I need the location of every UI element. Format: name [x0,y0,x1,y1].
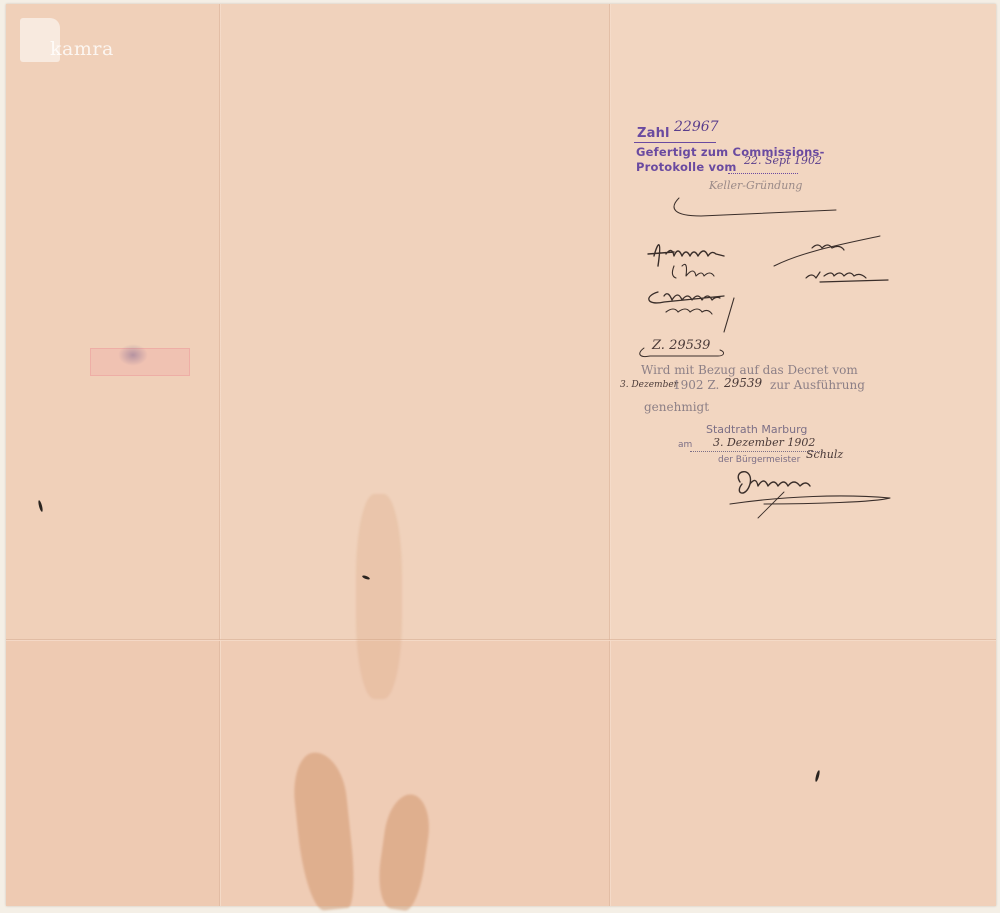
fold-line-vertical-2 [609,4,611,906]
fold-line-vertical-1 [219,4,221,906]
date-prefix: am [678,440,692,450]
water-stain-middle [356,494,402,699]
ink-smudge [118,344,148,366]
stamp-zahl-value: 22967 [674,119,719,135]
approval-decree-date: 3. Dezember [620,380,678,390]
approval-line2-rest: zur Ausführung [770,378,865,392]
approval-date: 3. Dezember 1902 [713,436,815,449]
signatures [644,236,894,336]
approval-year: 1902 Z. [673,378,719,392]
panel-middle-top [220,4,610,640]
kamra-label: kamra [50,38,114,60]
approval-reference: Z. 29539 [652,338,710,353]
document-sheet: Zahl 22967 Gefertigt zum Commissions- Pr… [6,4,996,906]
approval-decree-number: 29539 [724,376,762,390]
stamp-date-dotline [728,173,798,174]
panel-left-top [6,4,220,640]
stamp-zahl-label: Zahl [637,126,670,141]
panel-right-bottom [610,640,996,906]
stamp-date: 22. Sept 1902 [744,154,822,167]
authority-name: Stadtrath Marburg [706,423,807,436]
mayor-signature [724,464,899,524]
subject-note: Keller-Gründung [709,179,802,192]
mayor-note: Schulz [806,448,843,461]
kamra-watermark: kamra [20,16,130,64]
stamp-underline [634,142,716,143]
panel-left-bottom [6,640,220,906]
fold-line-horizontal [6,639,996,641]
stamp-line2-label: Protokolle vom [636,160,737,174]
approval-line1: Wird mit Bezug auf das Decret vom [641,363,858,377]
subject-swash [671,196,841,221]
approval-line3: genehmigt [644,400,709,414]
date-dotline [690,451,822,452]
